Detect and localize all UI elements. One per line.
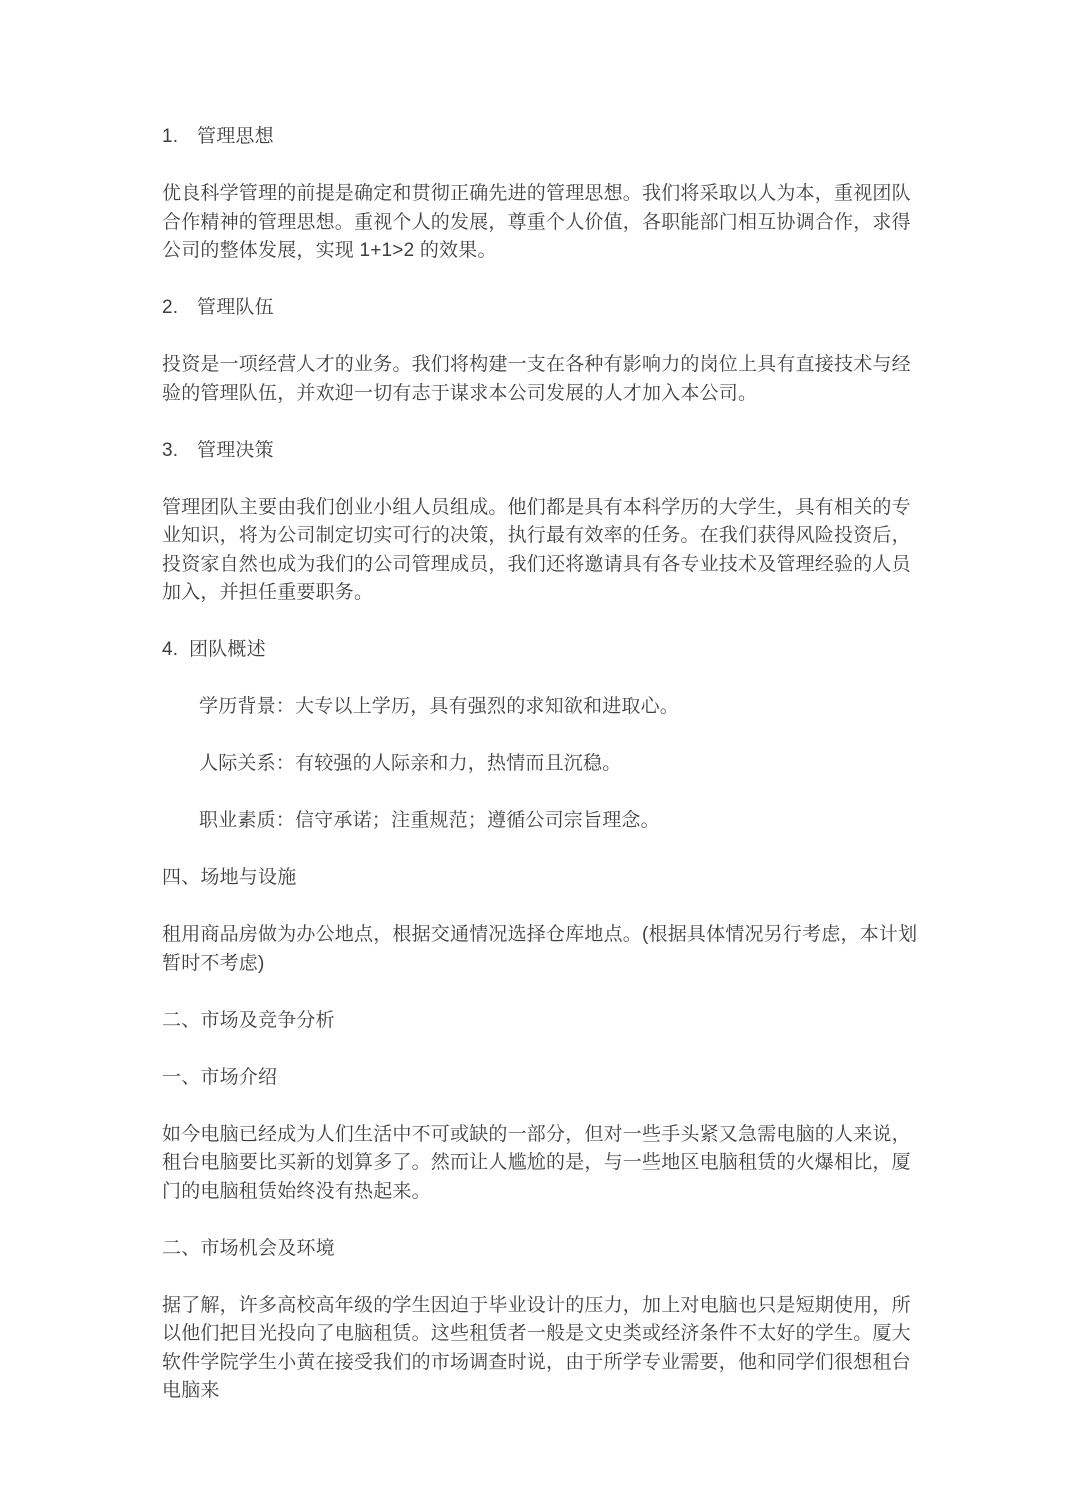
paragraph-market-opportunity: 据了解，许多高校高年级的学生因迫于毕业设计的压力，加上对电脑也只是短期使用，所以… bbox=[162, 1292, 922, 1406]
heading-site-facilities: 四、场地与设施 bbox=[162, 864, 922, 893]
heading-number: 2. bbox=[162, 294, 197, 323]
paragraph-management-thought: 优良科学管理的前提是确定和贯彻正确先进的管理思想。我们将采取以人为本，重视团队合… bbox=[162, 180, 922, 266]
heading-label: 管理思想 bbox=[197, 126, 274, 147]
paragraph-market-introduction: 如今电脑已经成为人们生活中不可或缺的一部分，但对一些手头紧又急需电脑的人来说，租… bbox=[162, 1121, 922, 1207]
heading-label: 团队概述 bbox=[189, 639, 266, 660]
heading-number: 3. bbox=[162, 437, 197, 466]
heading-market-introduction: 一、市场介绍 bbox=[162, 1064, 922, 1093]
heading-label: 管理决策 bbox=[197, 440, 274, 461]
heading-market-competition-analysis: 二、市场及竞争分析 bbox=[162, 1007, 922, 1036]
heading-4-team-overview: 4.团队概述 bbox=[162, 636, 922, 665]
heading-3-management-decision: 3.管理决策 bbox=[162, 437, 922, 466]
heading-number: 4. bbox=[162, 636, 189, 665]
heading-label: 管理队伍 bbox=[197, 297, 274, 318]
document-body: 1.管理思想 优良科学管理的前提是确定和贯彻正确先进的管理思想。我们将采取以人为… bbox=[162, 123, 922, 1434]
team-item-education: 学历背景：大专以上学历，具有强烈的求知欲和进取心。 bbox=[162, 693, 922, 722]
paragraph-management-decision: 管理团队主要由我们创业小组人员组成。他们都是具有本科学历的大学生，具有相关的专业… bbox=[162, 494, 922, 608]
paragraph-management-team: 投资是一项经营人才的业务。我们将构建一支在各种有影响力的岗位上具有直接技术与经验… bbox=[162, 351, 922, 408]
heading-number: 1. bbox=[162, 123, 197, 152]
team-item-professionalism: 职业素质：信守承诺；注重规范；遵循公司宗旨理念。 bbox=[162, 807, 922, 836]
heading-market-opportunity: 二、市场机会及环境 bbox=[162, 1235, 922, 1264]
heading-1-management-thought: 1.管理思想 bbox=[162, 123, 922, 152]
heading-2-management-team: 2.管理队伍 bbox=[162, 294, 922, 323]
team-item-interpersonal: 人际关系：有较强的人际亲和力，热情而且沉稳。 bbox=[162, 750, 922, 779]
paragraph-site-facilities: 租用商品房做为办公地点，根据交通情况选择仓库地点。(根据具体情况另行考虑，本计划… bbox=[162, 921, 922, 978]
